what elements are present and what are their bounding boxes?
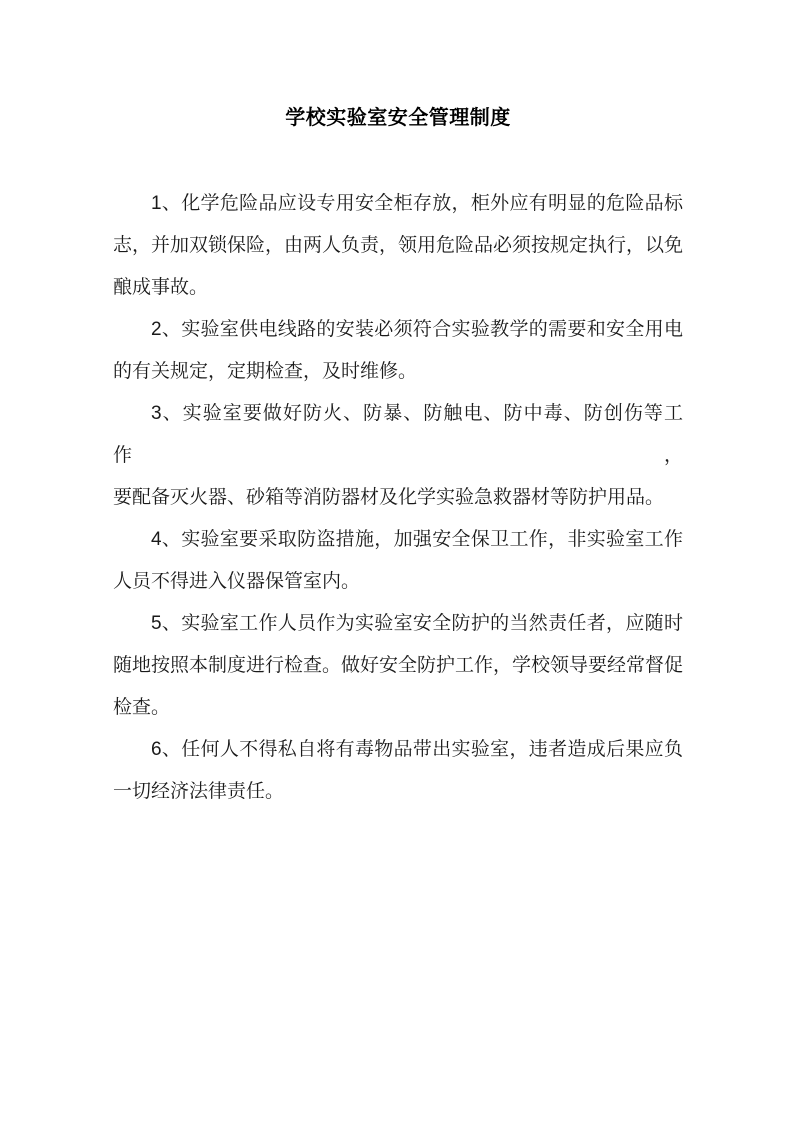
- paragraph-1: 1、化学危险品应设专用安全柜存放，柜外应有明显的危险品标志，并加双锁保险，由两人…: [113, 183, 683, 309]
- text-line: 1、化学危险品应设专用安全柜存放，柜外应有明显的危险品标: [113, 183, 683, 225]
- text-line: 5、实验室工作人员作为实验室安全防护的当然责任者，应随时: [113, 603, 683, 645]
- text-line: 2、实验室供电线路的安装必须符合实验教学的需要和安全用电: [113, 309, 683, 351]
- paragraph-3: 3、实验室要做好防火、防暴、防触电、防中毒、防创伤等工作，要配备灭火器、砂箱等消…: [113, 393, 683, 519]
- document-page: 学校实验室安全管理制度 1、化学危险品应设专用安全柜存放，柜外应有明显的危险品标…: [0, 0, 793, 1122]
- text-line: 要配备灭火器、砂箱等消防器材及化学实验急救器材等防护用品。: [113, 477, 683, 519]
- text-line: 一切经济法律责任。: [113, 771, 683, 813]
- text-line: 随地按照本制度进行检查。做好安全防护工作，学校领导要经常督促: [113, 645, 683, 687]
- paragraph-4: 4、实验室要采取防盗措施，加强安全保卫工作，非实验室工作人员不得进入仪器保管室内…: [113, 519, 683, 603]
- text-line: 酿成事故。: [113, 267, 683, 309]
- text-line: 的有关规定，定期检查，及时维修。: [113, 351, 683, 393]
- text-line: 4、实验室要采取防盗措施，加强安全保卫工作，非实验室工作: [113, 519, 683, 561]
- text-line: 志，并加双锁保险，由两人负责，领用危险品必须按规定执行，以免: [113, 225, 683, 267]
- paragraph-6: 6、任何人不得私自将有毒物品带出实验室，违者造成后果应负一切经济法律责任。: [113, 729, 683, 813]
- document-title: 学校实验室安全管理制度: [113, 97, 683, 139]
- text-line: 检查。: [113, 687, 683, 729]
- text-line: 3、实验室要做好防火、防暴、防触电、防中毒、防创伤等工作，: [113, 393, 683, 477]
- paragraph-2: 2、实验室供电线路的安装必须符合实验教学的需要和安全用电的有关规定，定期检查，及…: [113, 309, 683, 393]
- text-line: 6、任何人不得私自将有毒物品带出实验室，违者造成后果应负: [113, 729, 683, 771]
- paragraph-5: 5、实验室工作人员作为实验室安全防护的当然责任者，应随时随地按照本制度进行检查。…: [113, 603, 683, 729]
- document-body: 1、化学危险品应设专用安全柜存放，柜外应有明显的危险品标志，并加双锁保险，由两人…: [113, 183, 683, 813]
- text-line: 人员不得进入仪器保管室内。: [113, 561, 683, 603]
